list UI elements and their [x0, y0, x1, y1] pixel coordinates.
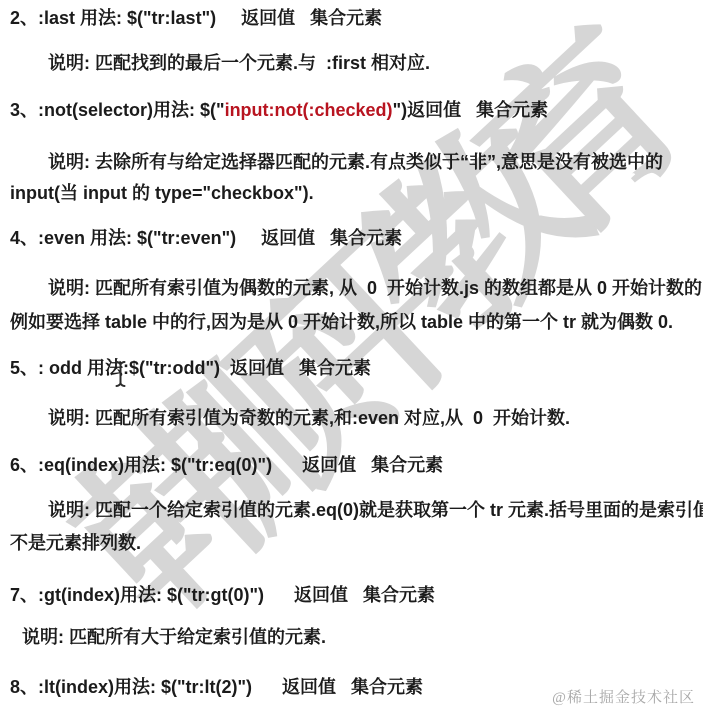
- doc-line-odd-desc: 说明: 匹配所有索引值为奇数的元素,和:even 对应,从 0 开始计数.: [48, 406, 570, 430]
- doc-line-even-desc-2: 例如要选择 table 中的行,因为是从 0 开始计数,所以 table 中的第…: [10, 310, 673, 334]
- red-code-selector: input:not(:checked): [225, 100, 393, 120]
- line-text: 说明: 匹配所有索引值为偶数的元素, 从 0 开始计数.js 的数组都是从 0 …: [48, 278, 703, 298]
- doc-line-even-usage: 4、:even 用法: $("tr:even") 返回值 集合元素: [10, 226, 402, 250]
- document-page: 韩顺平教育 2、:last 用法: $("tr:last") 返回值 集合元素 …: [0, 0, 703, 715]
- doc-line-not-desc-2: input(当 input 的 type="checkbox").: [10, 181, 314, 205]
- line-text: 6、:eq(index)用法: $("tr:eq(0)") 返回值 集合元素: [10, 455, 443, 475]
- doc-line-not-usage: 3、:not(selector)用法: $("input:not(:checke…: [10, 98, 548, 122]
- line-text: 说明: 匹配一个给定索引值的元素.eq(0)就是获取第一个 tr 元素.括号里面…: [48, 500, 703, 520]
- line-text: ")返回值 集合元素: [393, 100, 549, 120]
- text-ibeam-cursor-icon: [114, 360, 127, 393]
- line-text: 不是元素排列数.: [10, 533, 141, 553]
- line-text: 8、:lt(index)用法: $("tr:lt(2)") 返回值 集合元素: [10, 677, 423, 697]
- line-text: 说明: 去除所有与给定选择器匹配的元素.有点类似于“非”,意思是没有被选中的: [48, 152, 663, 172]
- line-text: 2、:last 用法: $("tr:last") 返回值 集合元素: [10, 8, 382, 28]
- line-text: 4、:even 用法: $("tr:even") 返回值 集合元素: [10, 228, 402, 248]
- doc-line-eq-desc-1: 说明: 匹配一个给定索引值的元素.eq(0)就是获取第一个 tr 元素.括号里面…: [48, 498, 703, 522]
- line-text: 说明: 匹配找到的最后一个元素.与 :first 相对应.: [48, 53, 430, 73]
- line-text: input(当 input 的 type="checkbox").: [10, 183, 314, 203]
- line-text: 说明: 匹配所有索引值为奇数的元素,和:even 对应,从 0 开始计数.: [48, 408, 570, 428]
- juejin-attribution: @稀土掘金技术社区: [552, 686, 695, 707]
- doc-line-odd-usage: 5、: odd 用法:$("tr:odd") 返回值 集合元素: [10, 356, 371, 380]
- doc-line-even-desc-1: 说明: 匹配所有索引值为偶数的元素, 从 0 开始计数.js 的数组都是从 0 …: [48, 276, 703, 300]
- line-text: 5、: odd 用法:$("tr:odd") 返回值 集合元素: [10, 358, 371, 378]
- line-text: 7、:gt(index)用法: $("tr:gt(0)") 返回值 集合元素: [10, 585, 435, 605]
- doc-line-not-desc-1: 说明: 去除所有与给定选择器匹配的元素.有点类似于“非”,意思是没有被选中的: [48, 150, 663, 174]
- doc-line-last-usage: 2、:last 用法: $("tr:last") 返回值 集合元素: [10, 6, 382, 30]
- doc-line-last-desc: 说明: 匹配找到的最后一个元素.与 :first 相对应.: [48, 51, 430, 75]
- line-text: 说明: 匹配所有大于给定索引值的元素.: [22, 627, 326, 647]
- doc-line-gt-usage: 7、:gt(index)用法: $("tr:gt(0)") 返回值 集合元素: [10, 583, 435, 607]
- doc-line-lt-usage: 8、:lt(index)用法: $("tr:lt(2)") 返回值 集合元素: [10, 675, 423, 699]
- doc-line-eq-usage: 6、:eq(index)用法: $("tr:eq(0)") 返回值 集合元素: [10, 453, 443, 477]
- line-text: 例如要选择 table 中的行,因为是从 0 开始计数,所以 table 中的第…: [10, 312, 673, 332]
- doc-line-gt-desc: 说明: 匹配所有大于给定索引值的元素.: [22, 625, 326, 649]
- doc-line-eq-desc-2: 不是元素排列数.: [10, 531, 141, 555]
- line-text: 3、:not(selector)用法: $(": [10, 100, 225, 120]
